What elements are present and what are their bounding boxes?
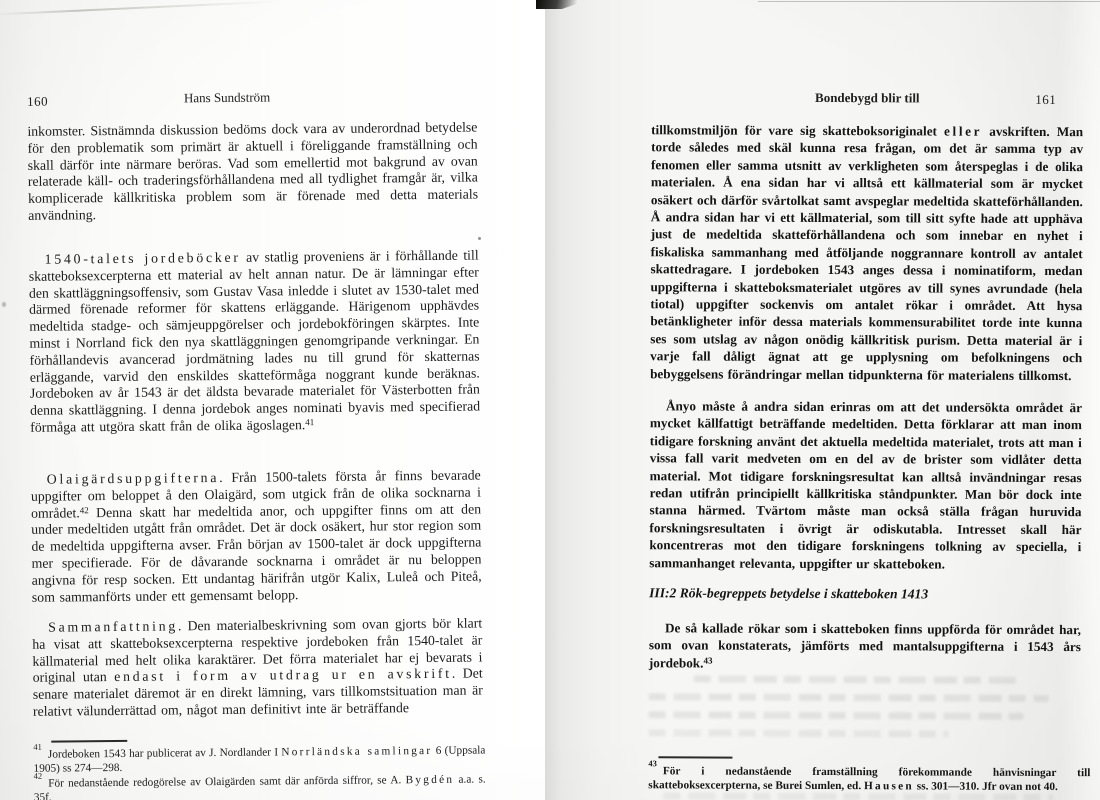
footnote-marker: 42	[34, 771, 43, 781]
right-page-content: Bondebygd blir till 161 tillkomstmiljön …	[543, 0, 1100, 800]
paragraph-jordebocker: 1540-talets jordeböcker av statlig prove…	[29, 247, 481, 436]
scan-speck	[478, 237, 481, 240]
footnote-marker: 43	[648, 758, 657, 768]
emphasis-spaced: 1540-talets jordeböcker	[45, 250, 241, 267]
section-heading: III:2 Rök-begreppets betydelse i skatteb…	[649, 585, 1081, 603]
paragraph-inkomster: inkomster. Sistnämnda diskussion bedöms …	[27, 119, 478, 224]
footnote-text: För nedanstående redogörelse av Olaigärd…	[48, 774, 405, 789]
paragraph-text: De så kallade rökar som i skatteboken fi…	[649, 620, 1081, 670]
emphasis-spaced: Sammanfattning	[48, 618, 178, 634]
right-running-title: Bondebygd blir till	[651, 89, 1083, 107]
left-page: 160 Hans Sundström inkomster. Sistnämnda…	[0, 0, 545, 800]
paragraph-olaigard: Olaigärdsuppgifterna. Från 1500-talets f…	[31, 467, 482, 606]
scan-speck	[2, 302, 6, 307]
footnote-ref-43: 43	[703, 655, 712, 665]
footnote-text: ss. 301—310. Jfr ovan not 40.	[914, 780, 1058, 793]
bleedthrough-ghost-line	[649, 711, 1024, 720]
footnote-separator	[658, 756, 732, 758]
paragraph-text: av statlig proveniens är i förhållande t…	[29, 247, 480, 434]
bleedthrough-ghost-line	[694, 675, 1024, 683]
footnote-text: Jordeboken 1543 har publicerat av J. Nor…	[48, 746, 282, 760]
footnote-separator	[51, 740, 127, 743]
emphasis-spaced: Hausen	[864, 780, 914, 792]
footnote-42: 42För nedanstående redogörelse av Olaigä…	[34, 773, 486, 800]
footnote-43: 43För i nedanstående framställning förek…	[648, 765, 1090, 795]
emphasis-spaced: Olaigärdsuppgifterna	[47, 470, 220, 487]
footnote-ref-42: 42	[80, 505, 89, 515]
paragraph-text: tillkomstmiljön för vare sig skattebokso…	[651, 122, 944, 138]
emphasis-spaced: Norrländska samlingar	[281, 745, 432, 758]
emphasis-spaced: eller	[944, 124, 982, 139]
footnote-marker: 41	[33, 742, 42, 752]
right-page-number: 161	[1035, 92, 1056, 108]
bleedthrough-ghost-line	[649, 693, 1049, 702]
paragraph-sammanfattning: Sammanfattning. Den materialbeskrivning …	[32, 615, 483, 720]
left-page-content: 160 Hans Sundström inkomster. Sistnämnda…	[0, 0, 549, 800]
left-running-title: Hans Sundström	[0, 88, 457, 108]
paragraph-rokar: De så kallade rökar som i skatteboken fi…	[649, 619, 1081, 673]
book-spread-scan: 160 Hans Sundström inkomster. Sistnämnda…	[0, 0, 1100, 800]
paragraph-text: Denna skatt har medeltida anor, och uppg…	[31, 501, 482, 604]
paragraph-text: avskriften. Man torde således med skäl k…	[650, 124, 1083, 383]
footnote-41: 41Jordeboken 1543 har publicerat av J. N…	[33, 744, 485, 776]
emphasis-spaced: Bygdén	[405, 774, 454, 786]
paragraph-anyo: Ånyo måste å andra sidan erinras om att …	[649, 397, 1082, 573]
paragraph-tillkomstmiljon: tillkomstmiljön för vare sig skattebokso…	[650, 121, 1083, 384]
emphasis-spaced: endast i form av utdrag ur en avskrift	[114, 666, 452, 684]
page-edge-line	[758, 1, 1100, 2]
right-page: Bondebygd blir till 161 tillkomstmiljön …	[545, 0, 1100, 800]
footnote-ref-41: 41	[305, 417, 314, 427]
bleedthrough-ghost-line	[649, 729, 949, 737]
